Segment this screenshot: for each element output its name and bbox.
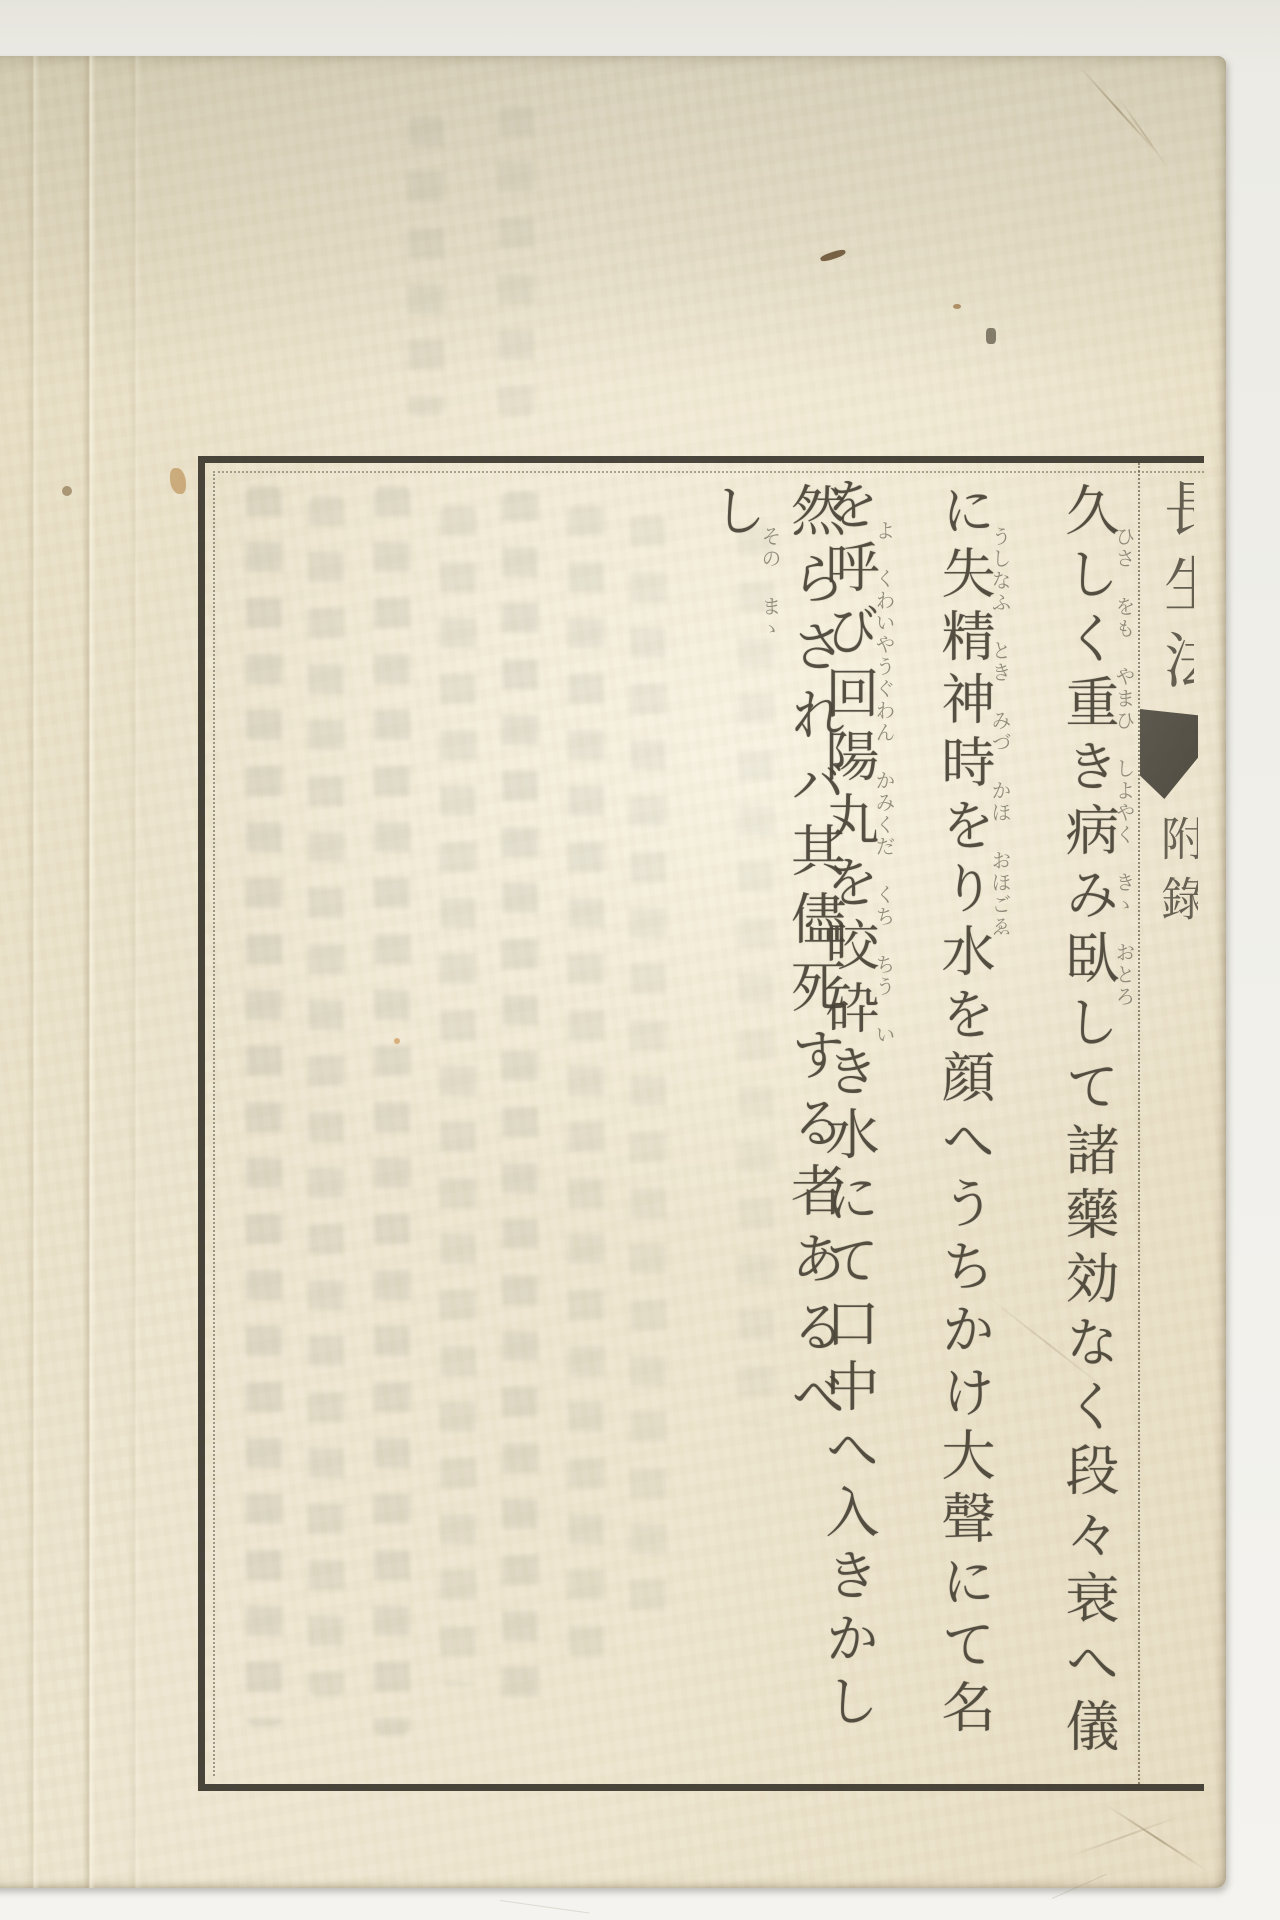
dog-ear-crease (1068, 1815, 1181, 1858)
paper-speck (170, 468, 186, 494)
stray-fiber (500, 1900, 589, 1914)
column-2-furigana: うしなふ とき みづ かほ おほごゑ (986, 526, 1015, 1756)
text-column-2: に失精神時をり水を顔へうちかけ大聲にて名 うしなふ とき みづ かほ おほごゑ (926, 482, 1018, 1782)
text-column-1: 久しく重き病み臥して諸藥効なく段々衰へ儀 ひさ をも やまひ しよやく きゝ お… (1050, 482, 1142, 1772)
paper-speck (986, 328, 996, 344)
section-label-text: 附錄 (1148, 815, 1198, 935)
column-3-furigana: よ くわいやうぐわん かみくだ くち ちう い (870, 520, 899, 1760)
paper-speck (62, 486, 72, 496)
book-title-text: 長生法 (1146, 477, 1194, 705)
column-1-furigana: ひさ をも やまひ しよやく きゝ おとろ (1110, 526, 1139, 1746)
column-4-furigana: その まゝ (756, 526, 785, 1466)
hashira-strip: 長生法 附錄 (1138, 463, 1204, 1784)
book-title: 長生法 (1146, 477, 1194, 725)
photograph-backdrop: 長生法 附錄 久しく重き病み臥して諸藥効なく段々衰へ儀 ひさ をも やまひ しよ… (0, 0, 1280, 1920)
section-label: 附錄 (1148, 815, 1198, 1005)
bleed-through-column (498, 106, 534, 416)
page-fold-crease (26, 56, 40, 1888)
bleed-through-column (408, 116, 444, 416)
black-fishtail-marker-icon (1140, 709, 1198, 799)
paper-speck (953, 304, 961, 309)
page-top-shading (0, 56, 1226, 386)
page-fold-crease (128, 56, 142, 1888)
page-fold-crease (82, 56, 96, 1888)
text-column-4: 然らされバ其儘死する者あるべし その まゝ (696, 482, 788, 1492)
book-page: 長生法 附錄 久しく重き病み臥して諸藥効なく段々衰へ儀 ひさ をも やまひ しよ… (0, 56, 1226, 1888)
